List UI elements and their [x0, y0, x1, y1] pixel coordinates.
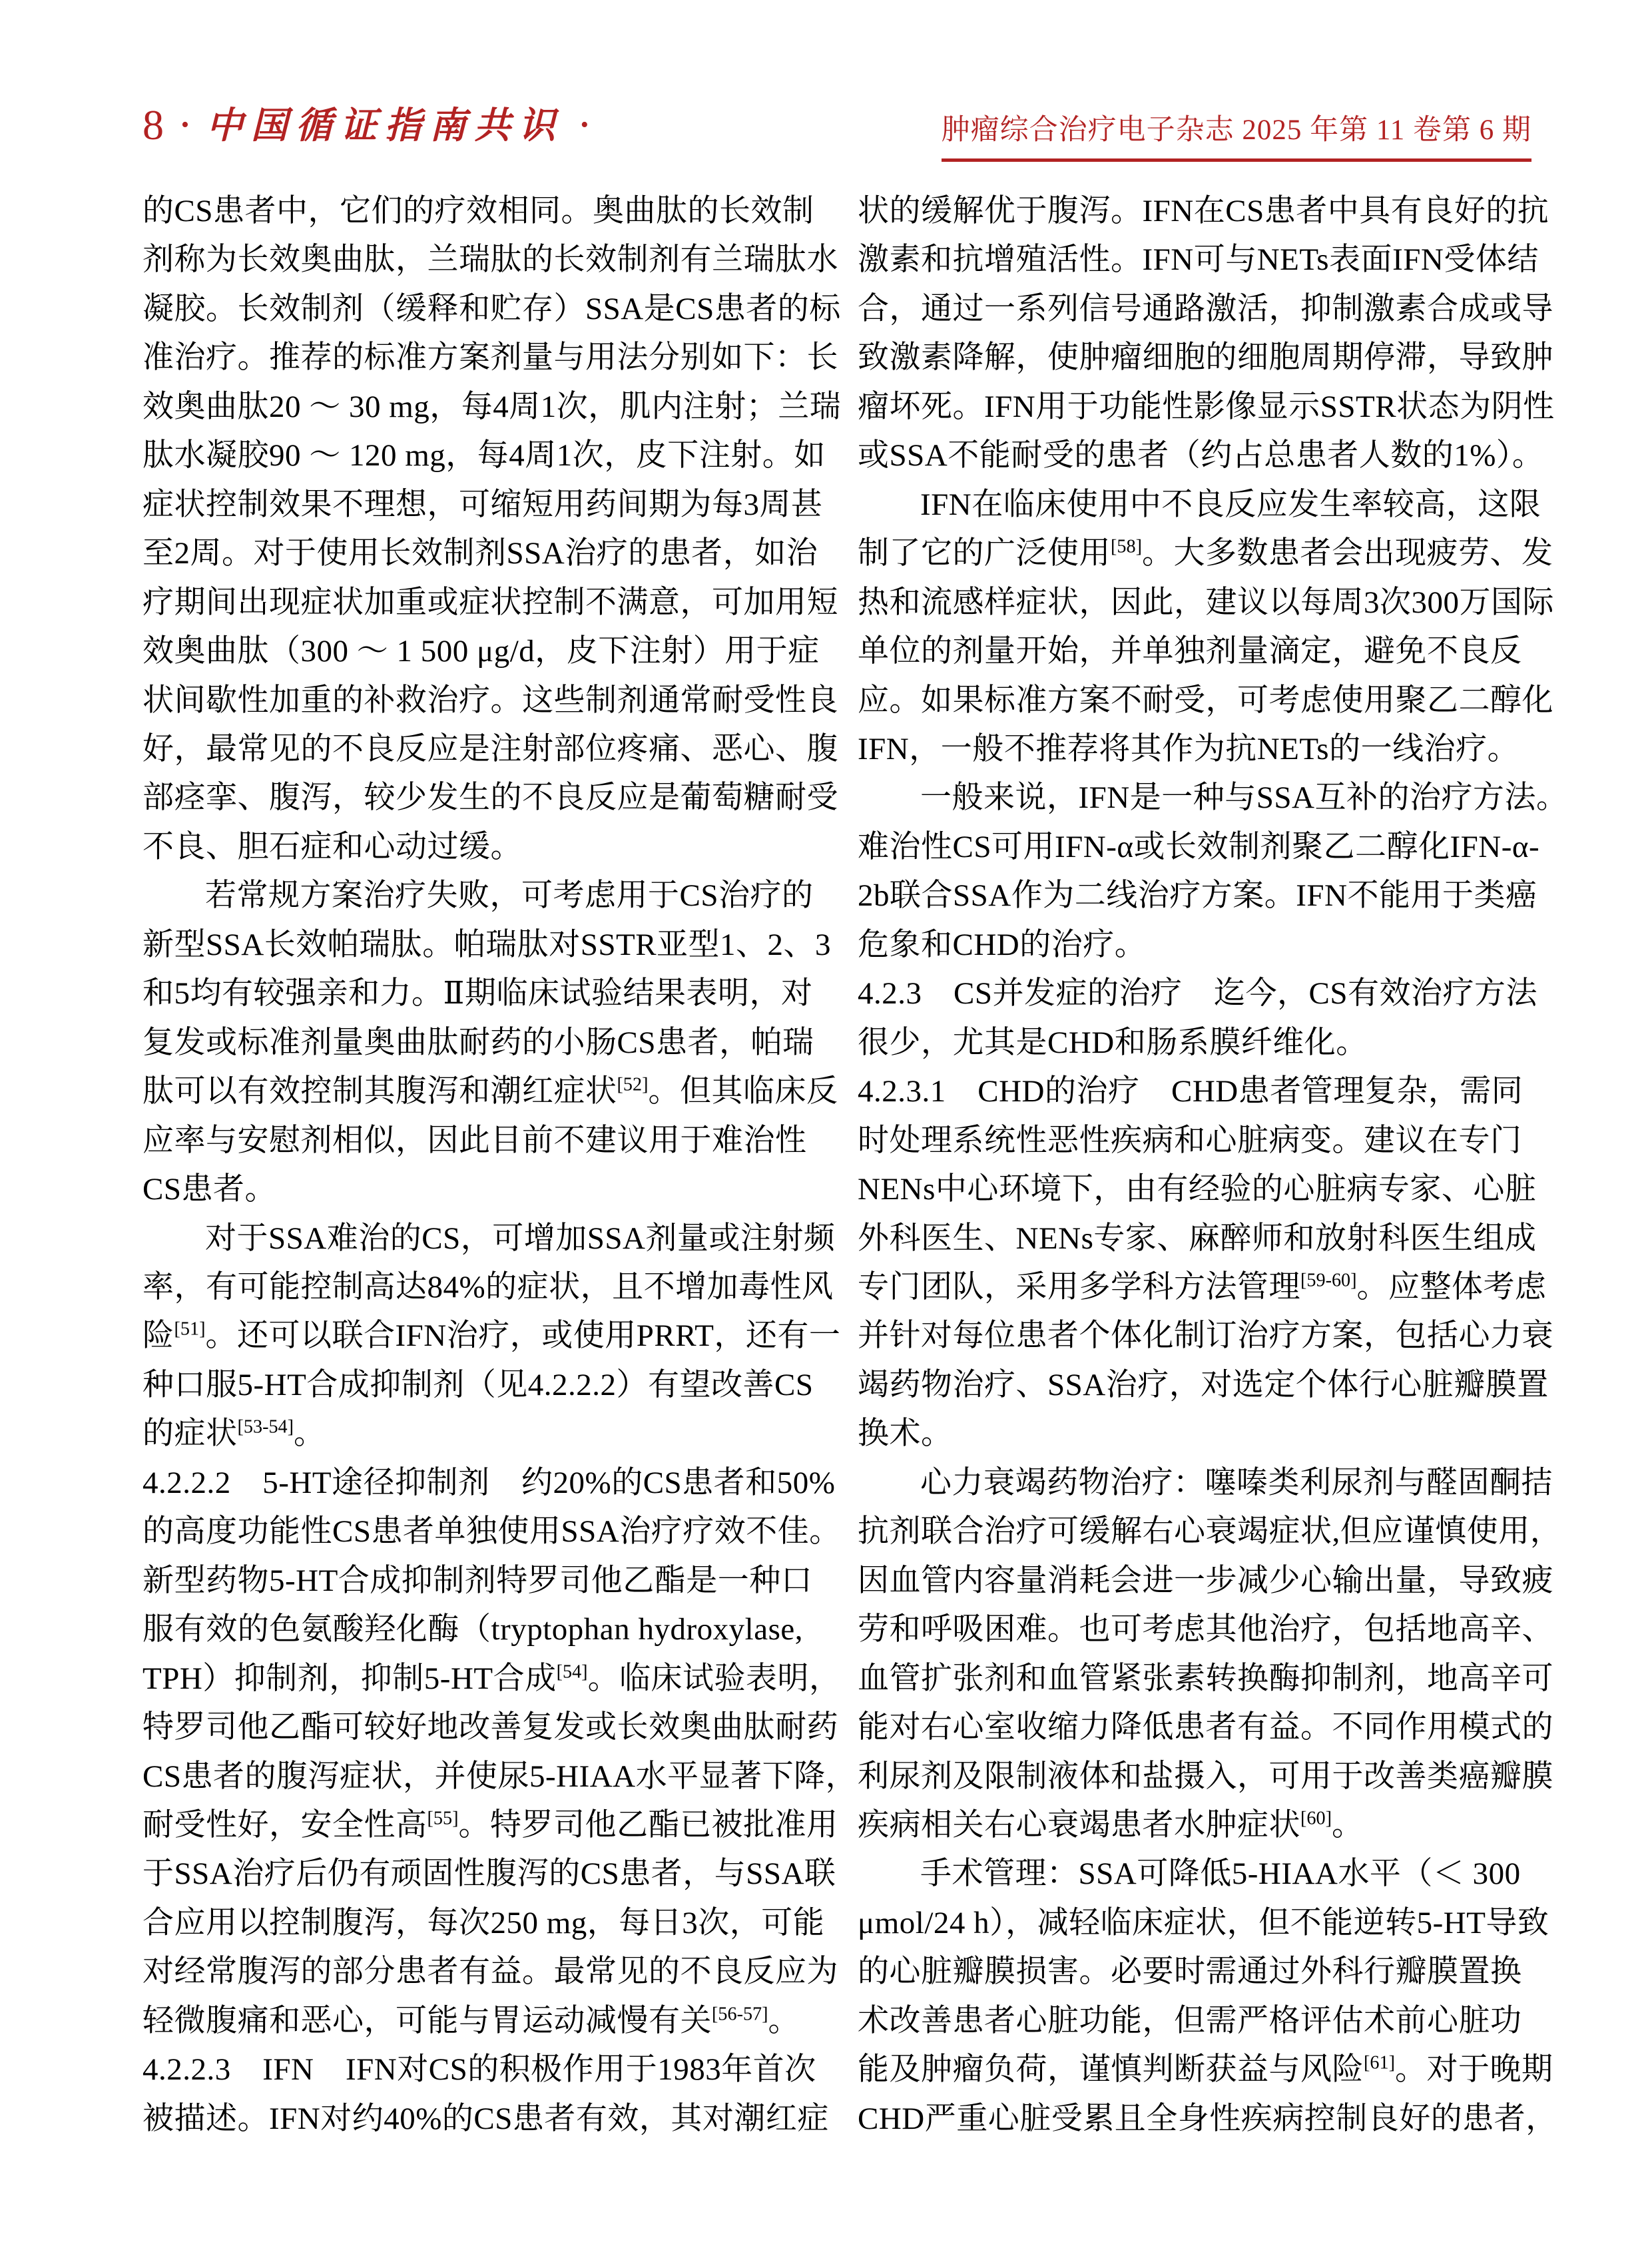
text-line: CHD严重心脏受累且全身性疾病控制良好的患者， — [858, 2095, 1518, 2143]
text-line: 应率与安慰剂相似，因此目前不建议用于难治性 — [142, 1117, 803, 1165]
text-line: CS患者。 — [142, 1165, 803, 1214]
text-line: 术改善患者心脏功能，但需严格评估术前心脏功 — [858, 1997, 1518, 2046]
text-line: 激素和抗增殖活性。IFN可与NETs表面IFN受体结 — [858, 236, 1518, 284]
bullet-icon: • — [181, 114, 189, 137]
text-line: 难治性CS可用IFN-α或长效制剂聚乙二醇化IFN-α- — [858, 823, 1518, 872]
text-line: 好，最常见的不良反应是注射部位疼痛、恶心、腹 — [142, 725, 803, 774]
text-line: 和5均有较强亲和力。Ⅱ期临床试验结果表明，对 — [142, 970, 803, 1018]
text-line: 2b联合SSA作为二线治疗方案。IFN不能用于类癌 — [858, 872, 1518, 920]
text-line: 合，通过一系列信号通路激活，抑制激素合成或导 — [858, 285, 1518, 334]
bullet-icon: • — [581, 114, 589, 137]
text-line: 耐受性好，安全性高[55]。特罗司他乙酯已被批准用 — [142, 1801, 803, 1850]
text-line: IFN在临床使用中不良反应发生率较高，这限 — [858, 481, 1518, 529]
text-line: 抗剂联合治疗可缓解右心衰竭症状,但应谨慎使用， — [858, 1508, 1518, 1556]
text-line: 或SSA不能耐受的患者（约占总患者人数的1%）。 — [858, 431, 1518, 480]
journal-title: 肿瘤综合治疗电子杂志 2025 年第 11 卷第 6 期 — [942, 112, 1531, 162]
text-line: 很少，尤其是CHD和肠系膜纤维化。 — [858, 1019, 1518, 1067]
text-column-left: 的CS患者中，它们的疗效相同。奥曲肽的长效制剂称为长效奥曲肽，兰瑞肽的长效制剂有… — [142, 187, 803, 2143]
text-line: 疗期间出现症状加重或症状控制不满意，可加用短 — [142, 579, 803, 627]
text-line: IFN，一般不推荐将其作为抗NETs的一线治疗。 — [858, 725, 1518, 774]
text-line: 手术管理：SSA可降低5-HIAA水平（＜ 300 — [858, 1850, 1518, 1898]
text-line: 若常规方案治疗失败，可考虑用于CS治疗的 — [142, 872, 803, 920]
text-line: NENs中心环境下，由有经验的心脏病专家、心脏 — [858, 1165, 1518, 1214]
text-line: 种口服5-HT合成抑制剂（见4.2.2.2）有望改善CS — [142, 1361, 803, 1410]
text-column-right: 状的缓解优于腹泻。IFN在CS患者中具有良好的抗激素和抗增殖活性。IFN可与NE… — [858, 187, 1518, 2143]
text-line: 轻微腹痛和恶心，可能与胃运动减慢有关[56-57]。 — [142, 1997, 803, 2046]
text-line: 心力衰竭药物治疗：噻嗪类利尿剂与醛固酮拮 — [858, 1459, 1518, 1508]
text-line: 的心脏瓣膜损害。必要时需通过外科行瓣膜置换 — [858, 1948, 1518, 1996]
page-number: 8 — [142, 104, 164, 146]
text-line: 单位的剂量开始，并单独剂量滴定，避免不良反 — [858, 627, 1518, 676]
text-line: 复发或标准剂量奥曲肽耐药的小肠CS患者，帕瑞 — [142, 1019, 803, 1067]
text-line: 4.2.2.2 5-HT途径抑制剂 约20%的CS患者和50% — [142, 1459, 803, 1508]
text-line: 率，有可能控制高达84%的症状，且不增加毒性风 — [142, 1263, 803, 1312]
text-line: 利尿剂及限制液体和盐摄入，可用于改善类癌瓣膜 — [858, 1753, 1518, 1801]
text-line: 专门团队，采用多学科方法管理[59-60]。应整体考虑 — [858, 1263, 1518, 1312]
text-line: 合应用以控制腹泻，每次250 mg，每日3次，可能 — [142, 1899, 803, 1948]
text-line: 危象和CHD的治疗。 — [858, 921, 1518, 970]
text-line: CS患者的腹泻症状，并使尿5-HIAA水平显著下降， — [142, 1753, 803, 1801]
text-line: 的症状[53-54]。 — [142, 1410, 803, 1458]
text-line: 换术。 — [858, 1410, 1518, 1458]
journal-page: 8 • 中国循证指南共识 • 肿瘤综合治疗电子杂志 2025 年第 11 卷第 … — [0, 0, 1652, 2242]
text-line: 4.2.3.1 CHD的治疗 CHD患者管理复杂，需同 — [858, 1067, 1518, 1116]
text-line: 状的缓解优于腹泻。IFN在CS患者中具有良好的抗 — [858, 187, 1518, 236]
text-line: 服有效的色氨酸羟化酶（tryptophan hydroxylase, — [142, 1605, 803, 1654]
text-line: 外科医生、NENs专家、麻醉师和放射科医生组成 — [858, 1215, 1518, 1263]
text-line: 至2周。对于使用长效制剂SSA治疗的患者，如治 — [142, 529, 803, 578]
text-line: 新型SSA长效帕瑞肽。帕瑞肽对SSTR亚型1、2、3 — [142, 921, 803, 970]
text-line: 劳和呼吸困难。也可考虑其他治疗，包括地高辛、 — [858, 1605, 1518, 1654]
text-line: μmol/24 h），减轻临床症状，但不能逆转5-HT导致 — [858, 1899, 1518, 1948]
text-line: 的CS患者中，它们的疗效相同。奥曲肽的长效制 — [142, 187, 803, 236]
text-line: 险[51]。还可以联合IFN治疗，或使用PRRT，还有一 — [142, 1312, 803, 1360]
text-line: 对经常腹泻的部分患者有益。最常见的不良反应为 — [142, 1948, 803, 1996]
text-line: 凝胶。长效制剂（缓释和贮存）SSA是CS患者的标 — [142, 285, 803, 334]
text-line: 症状控制效果不理想，可缩短用药间期为每3周甚 — [142, 481, 803, 529]
text-line: 因血管内容量消耗会进一步减少心输出量，导致疲 — [858, 1557, 1518, 1605]
text-line: 并针对每位患者个体化制订治疗方案，包括心力衰 — [858, 1312, 1518, 1360]
text-line: 被描述。IFN对约40%的CS患者有效，其对潮红症 — [142, 2095, 803, 2143]
text-line: 竭药物治疗、SSA治疗，对选定个体行心脏瓣膜置 — [858, 1361, 1518, 1410]
text-line: 部痉挛、腹泻，较少发生的不良反应是葡萄糖耐受 — [142, 774, 803, 822]
text-line: 对于SSA难治的CS，可增加SSA剂量或注射频 — [142, 1215, 803, 1263]
text-line: 准治疗。推荐的标准方案剂量与用法分别如下：长 — [142, 334, 803, 382]
text-line: 肽水凝胶90 ～ 120 mg，每4周1次，皮下注射。如 — [142, 431, 803, 480]
text-line: 疾病相关右心衰竭患者水肿症状[60]。 — [858, 1801, 1518, 1850]
text-line: 肽可以有效控制其腹泻和潮红症状[52]。但其临床反 — [142, 1067, 803, 1116]
text-line: 新型药物5-HT合成抑制剂特罗司他乙酯是一种口 — [142, 1557, 803, 1605]
text-line: TPH）抑制剂，抑制5-HT合成[54]。临床试验表明， — [142, 1655, 803, 1703]
text-line: 剂称为长效奥曲肽，兰瑞肽的长效制剂有兰瑞肽水 — [142, 236, 803, 284]
text-line: 血管扩张剂和血管紧张素转换酶抑制剂，地高辛可 — [858, 1655, 1518, 1703]
text-line: 效奥曲肽（300 ～ 1 500 μg/d，皮下注射）用于症 — [142, 627, 803, 676]
text-line: 效奥曲肽20 ～ 30 mg，每4周1次，肌内注射；兰瑞 — [142, 383, 803, 431]
text-line: 热和流感样症状，因此，建议以每周3次300万国际 — [858, 579, 1518, 627]
text-line: 应。如果标准方案不耐受，可考虑使用聚乙二醇化 — [858, 677, 1518, 725]
text-line: 不良、胆石症和心动过缓。 — [142, 823, 803, 872]
text-line: 状间歇性加重的补救治疗。这些制剂通常耐受性良 — [142, 677, 803, 725]
text-line: 4.2.3 CS并发症的治疗 迄今，CS有效治疗方法 — [858, 970, 1518, 1018]
text-line: 瘤坏死。IFN用于功能性影像显示SSTR状态为阴性 — [858, 383, 1518, 431]
text-line: 时处理系统性恶性疾病和心脏病变。建议在专门 — [858, 1117, 1518, 1165]
text-line: 一般来说，IFN是一种与SSA互补的治疗方法。 — [858, 774, 1518, 822]
text-line: 能及肿瘤负荷，谨慎判断获益与风险[61]。对于晚期 — [858, 2046, 1518, 2094]
header-left: 8 • 中国循证指南共识 • — [142, 104, 589, 146]
text-line: 于SSA治疗后仍有顽固性腹泻的CS患者，与SSA联 — [142, 1850, 803, 1898]
text-line: 特罗司他乙酯可较好地改善复发或长效奥曲肽耐药 — [142, 1703, 803, 1752]
text-line: 的高度功能性CS患者单独使用SSA治疗疗效不佳。 — [142, 1508, 803, 1556]
text-line: 能对右心室收缩力降低患者有益。不同作用模式的 — [858, 1703, 1518, 1752]
text-line: 致激素降解，使肿瘤细胞的细胞周期停滞，导致肿 — [858, 334, 1518, 382]
series-title: 中国循证指南共识 — [206, 107, 563, 144]
text-line: 4.2.2.3 IFN IFN对CS的积极作用于1983年首次 — [142, 2046, 803, 2094]
text-line: 制了它的广泛使用[58]。大多数患者会出现疲劳、发 — [858, 529, 1518, 578]
